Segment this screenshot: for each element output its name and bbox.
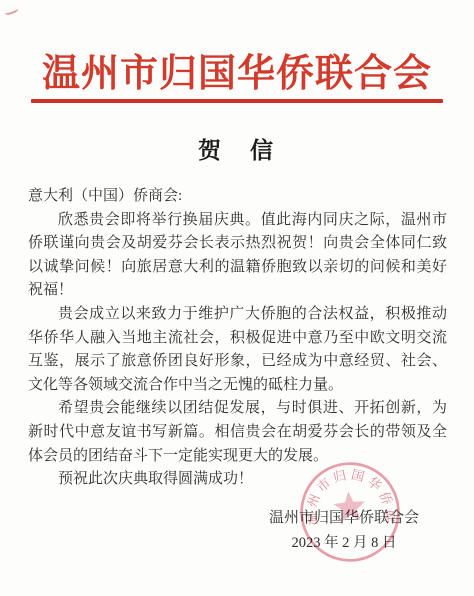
scan-artifact-mark bbox=[3, 4, 19, 16]
signature-date: 2023 年 2 月 8 日 bbox=[268, 531, 420, 552]
paragraph-3: 希望贵会能继续以团结促发展，与时俱进、开拓创新，为新时代中意友谊书写新篇。相信贵… bbox=[28, 397, 447, 468]
header-divider bbox=[31, 99, 443, 103]
salutation: 意大利（中国）侨商会: bbox=[28, 185, 447, 209]
letter-body: 意大利（中国）侨商会: 欣悉贵会即将举行换届庆典。值此海内同庆之际，温州市侨联谨… bbox=[28, 185, 447, 492]
paragraph-4: 预祝此次庆典取得圆满成功！ bbox=[28, 468, 447, 492]
paragraph-2: 贵会成立以来致力于维护广大侨胞的合法权益，积极推动华侨华人融入当地主流社会，积极… bbox=[28, 303, 447, 397]
letter-title: 贺 信 bbox=[0, 132, 474, 165]
signature-block: 温州市归国华侨联合会 2023 年 2 月 8 日 bbox=[268, 506, 420, 552]
paragraph-1: 欣悉贵会即将举行换届庆典。值此海内同庆之际，温州市侨联谨向贵会及胡爱芬会长表示热… bbox=[28, 209, 447, 303]
letter-page: 温州市归国华侨联合会 贺 信 意大利（中国）侨商会: 欣悉贵会即将举行换届庆典。… bbox=[0, 0, 474, 596]
signature-org-name: 温州市归国华侨联合会 bbox=[268, 506, 420, 527]
org-header-title: 温州市归国华侨联合会 bbox=[0, 42, 474, 97]
